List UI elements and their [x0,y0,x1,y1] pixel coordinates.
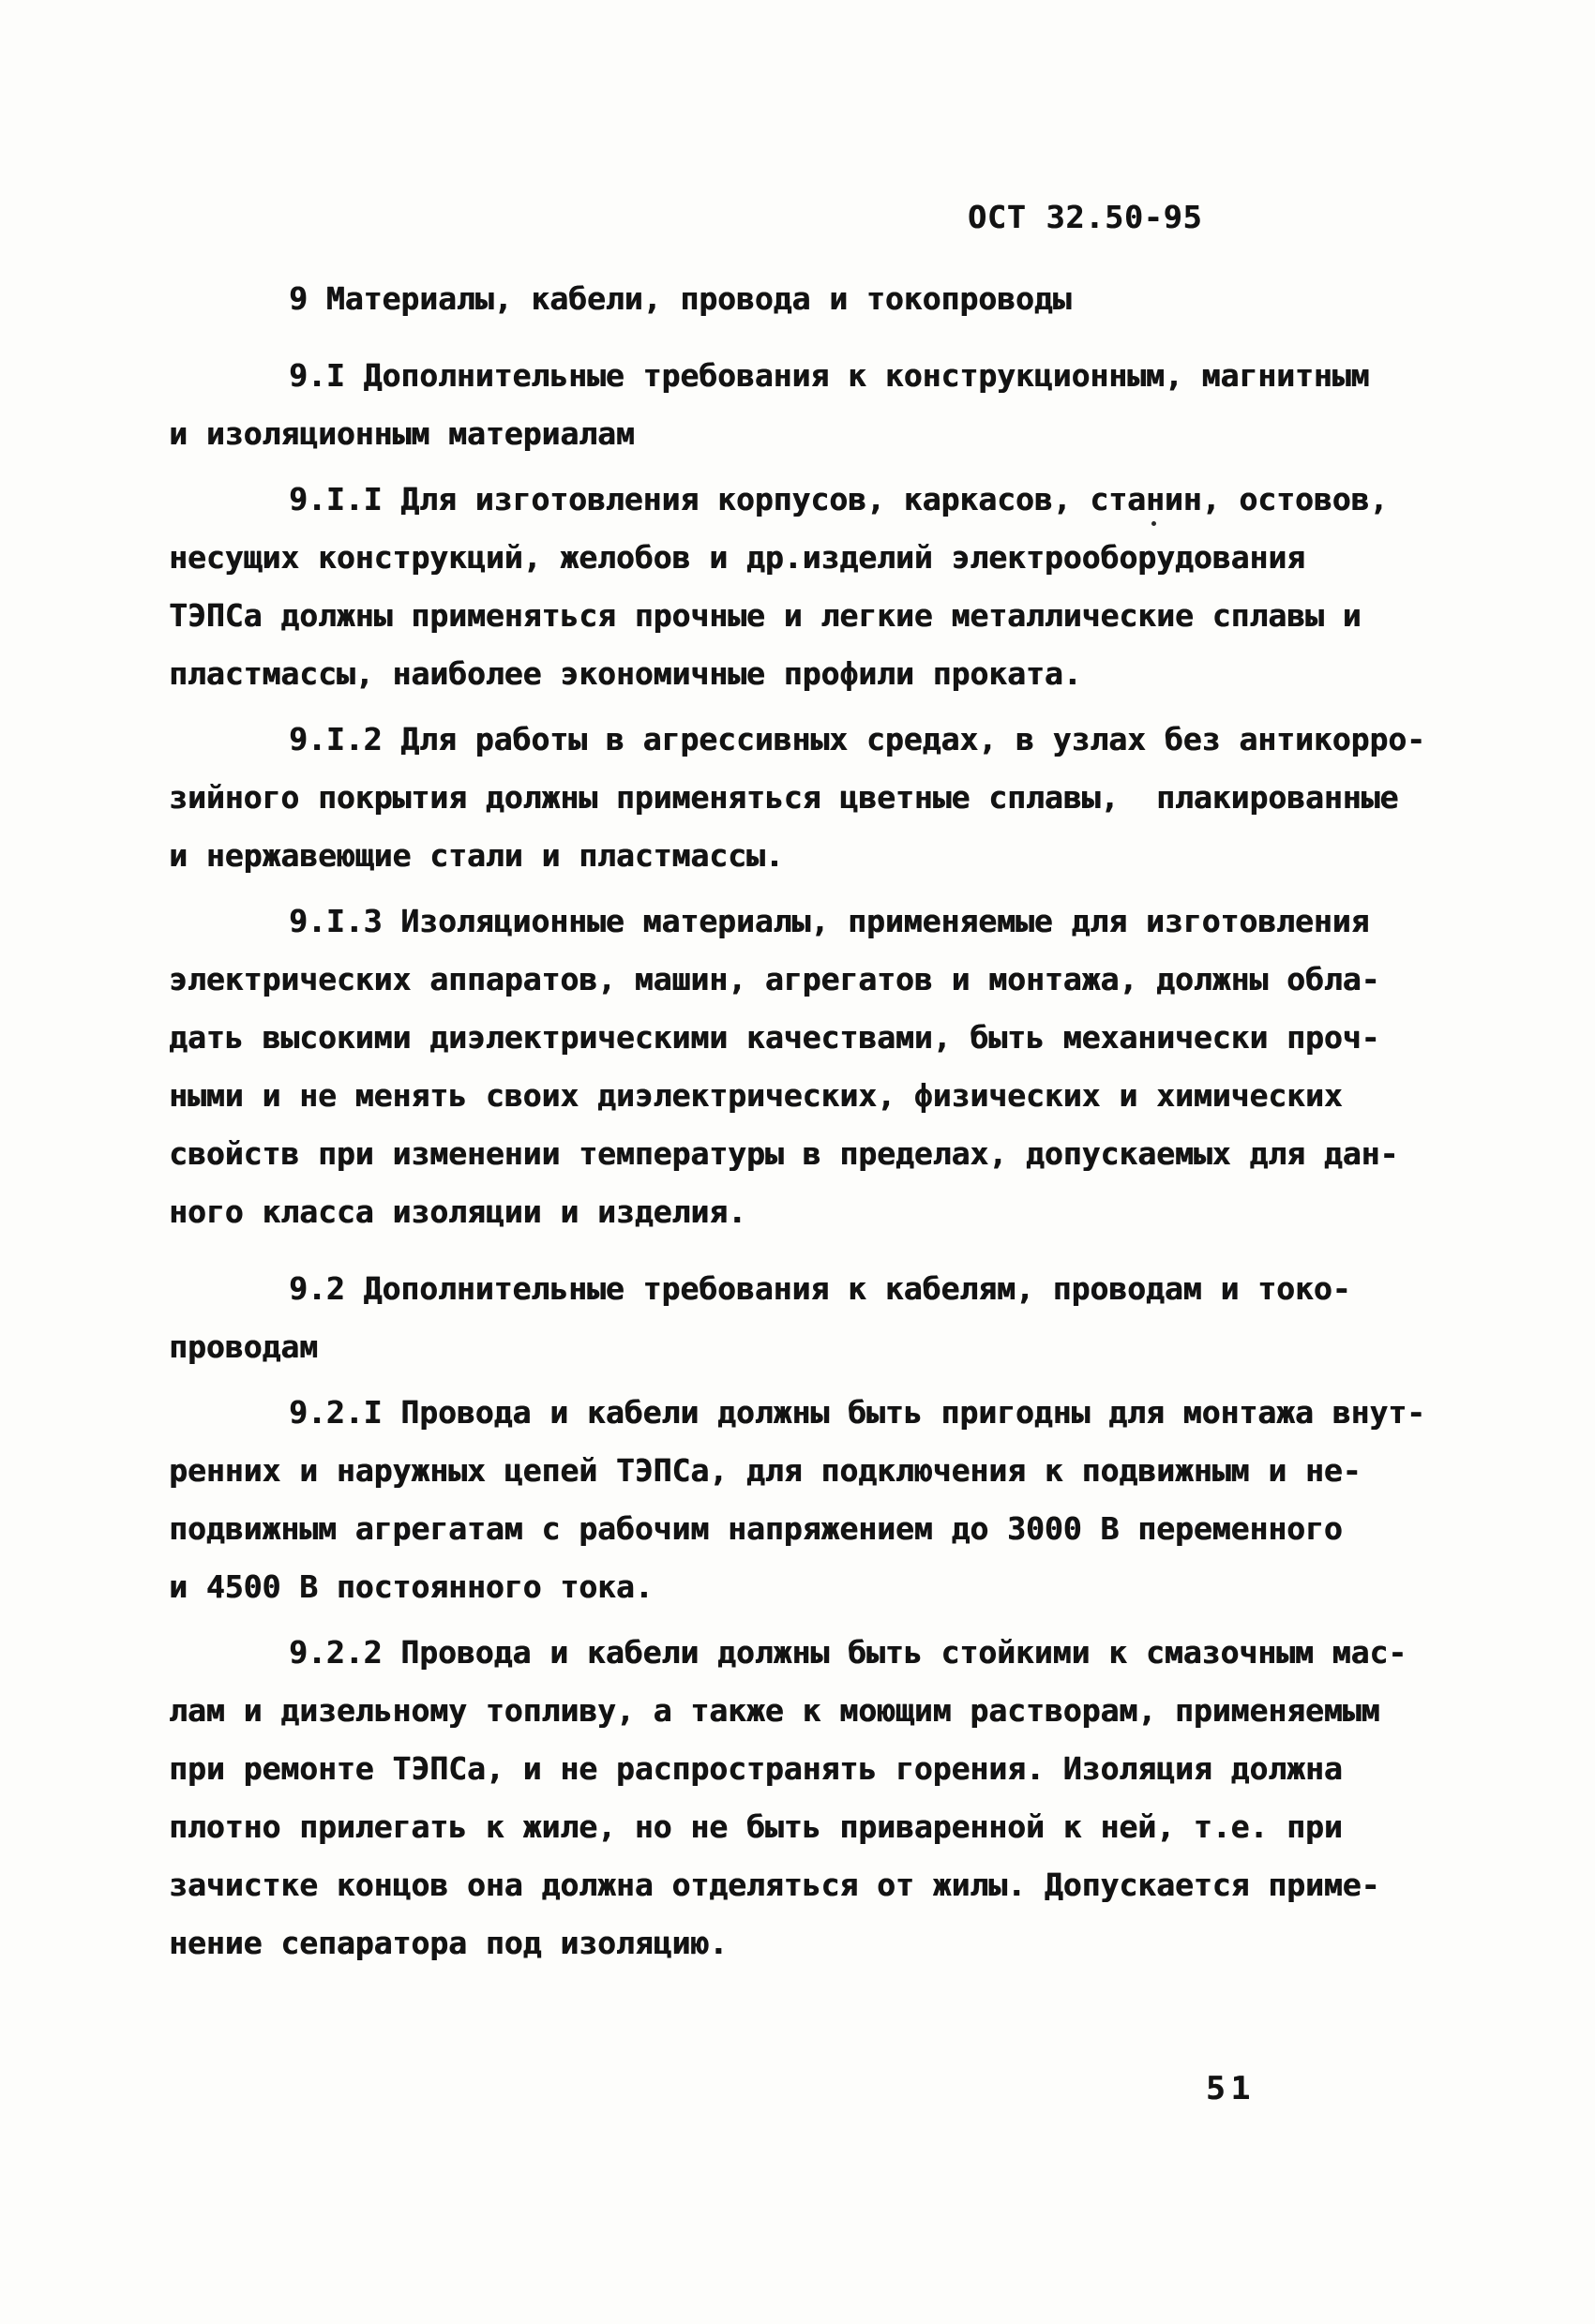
text-line: зачистке концов она должна отделяться от… [169,1856,1425,1914]
section-heading: 9 Материалы, кабели, провода и токопрово… [169,270,1425,328]
document-standard-number: ОСТ 32.50-95 [968,199,1202,235]
text-line: свойств при изменении температуры в пред… [169,1125,1425,1183]
text-line: пластмассы, наиболее экономичные профили… [169,645,1425,703]
scanned-document-page: ОСТ 32.50-95 9 Материалы, кабели, провод… [0,0,1595,2324]
text-line: и 4500 В постоянного тока. [169,1558,1425,1616]
text-line: несущих конструкций, желобов и др.издели… [169,529,1425,587]
document-body: 9 Материалы, кабели, провода и токопрово… [169,270,1425,1972]
text-line: электрических аппаратов, машин, агрегато… [169,951,1425,1009]
text-line: ренних и наружных цепей ТЭПСа, для подкл… [169,1442,1425,1500]
text-line: 9 Материалы, кабели, провода и токопрово… [169,270,1425,328]
text-line: и нержавеющие стали и пластмассы. [169,827,1425,885]
section-heading: 9.2 Дополнительные требования к кабелям,… [169,1260,1425,1376]
text-line: 9.2.I Провода и кабели должны быть приго… [169,1384,1425,1442]
text-line: зийного покрытия должны применяться цвет… [169,769,1425,827]
scan-speck [1151,521,1156,526]
text-line: проводам [169,1318,1425,1376]
text-line: подвижным агрегатам с рабочим напряжение… [169,1500,1425,1558]
text-line: 9.2 Дополнительные требования к кабелям,… [169,1260,1425,1318]
text-line: при ремонте ТЭПСа, и не распространять г… [169,1740,1425,1798]
text-line: 9.2.2 Провода и кабели должны быть стойк… [169,1624,1425,1682]
text-line: лам и дизельному топливу, а также к моющ… [169,1682,1425,1740]
paragraph: 9.I.3 Изоляционные материалы, применяемы… [169,892,1425,1241]
page-number: 51 [1206,2070,1256,2107]
text-line: ТЭПСа должны применяться прочные и легки… [169,587,1425,645]
paragraph: 9.I.I Для изготовления корпусов, каркасо… [169,471,1425,703]
text-line: 9.I.I Для изготовления корпусов, каркасо… [169,471,1425,529]
text-line: плотно прилегать к жиле, но не быть прив… [169,1798,1425,1856]
text-line: дать высокими диэлектрическими качествам… [169,1009,1425,1067]
text-line: ными и не менять своих диэлектрических, … [169,1067,1425,1125]
paragraph: 9.I.2 Для работы в агрессивных средах, в… [169,711,1425,885]
paragraph: 9.2.2 Провода и кабели должны быть стойк… [169,1624,1425,1972]
section-heading: 9.I Дополнительные требования к конструк… [169,347,1425,463]
text-line: ного класса изоляции и изделия. [169,1183,1425,1241]
text-line: 9.I.2 Для работы в агрессивных средах, в… [169,711,1425,769]
text-line: и изоляционным материалам [169,405,1425,463]
paragraph: 9.2.I Провода и кабели должны быть приго… [169,1384,1425,1616]
text-line: 9.I Дополнительные требования к конструк… [169,347,1425,405]
text-line: 9.I.3 Изоляционные материалы, применяемы… [169,892,1425,951]
text-line: нение сепаратора под изоляцию. [169,1914,1425,1972]
